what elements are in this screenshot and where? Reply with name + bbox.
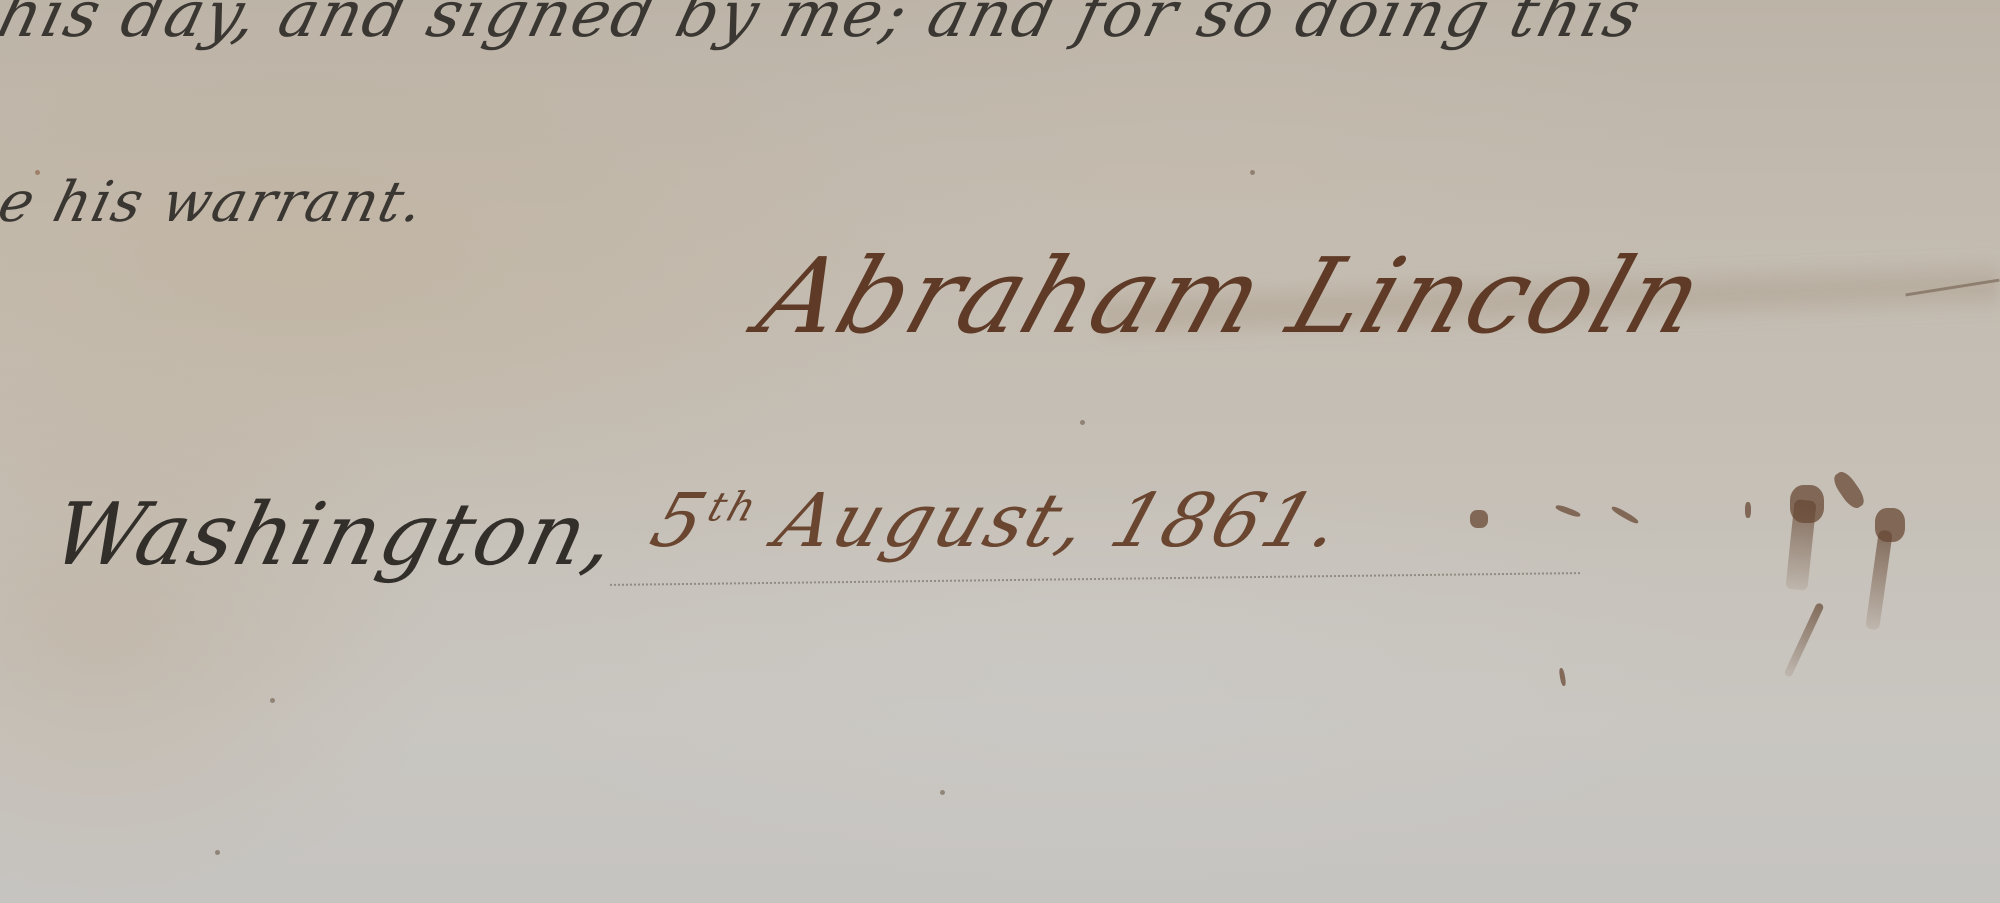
ink-blot [1558, 668, 1566, 687]
engraved-text-line-2: e his warrant. [0, 170, 432, 235]
ink-drip [1783, 602, 1824, 678]
handwritten-date: 5th August, 1861. [641, 478, 1355, 564]
signature: Abraham Lincoln [745, 235, 1719, 357]
ink-drip [1865, 530, 1893, 631]
ink-blot [1555, 504, 1581, 519]
ink-blot [1830, 468, 1868, 511]
paper-speck [215, 850, 220, 855]
paper-speck [1080, 420, 1085, 425]
paper-speck [270, 698, 275, 703]
date-month-year: August, 1861. [765, 478, 1355, 564]
ink-blot [1611, 505, 1640, 525]
paper-speck [35, 170, 40, 175]
paper-speck [1250, 170, 1255, 175]
document-paper: his day, and signed by me; and for so do… [0, 0, 2000, 903]
engraved-text-line-1: his day, and signed by me; and for so do… [0, 0, 1649, 52]
paper-speck [940, 790, 945, 795]
ink-blot [1470, 510, 1488, 528]
place-name: Washington, [43, 485, 629, 585]
date-dotted-rule [610, 572, 1580, 586]
ink-blot [1745, 502, 1751, 518]
